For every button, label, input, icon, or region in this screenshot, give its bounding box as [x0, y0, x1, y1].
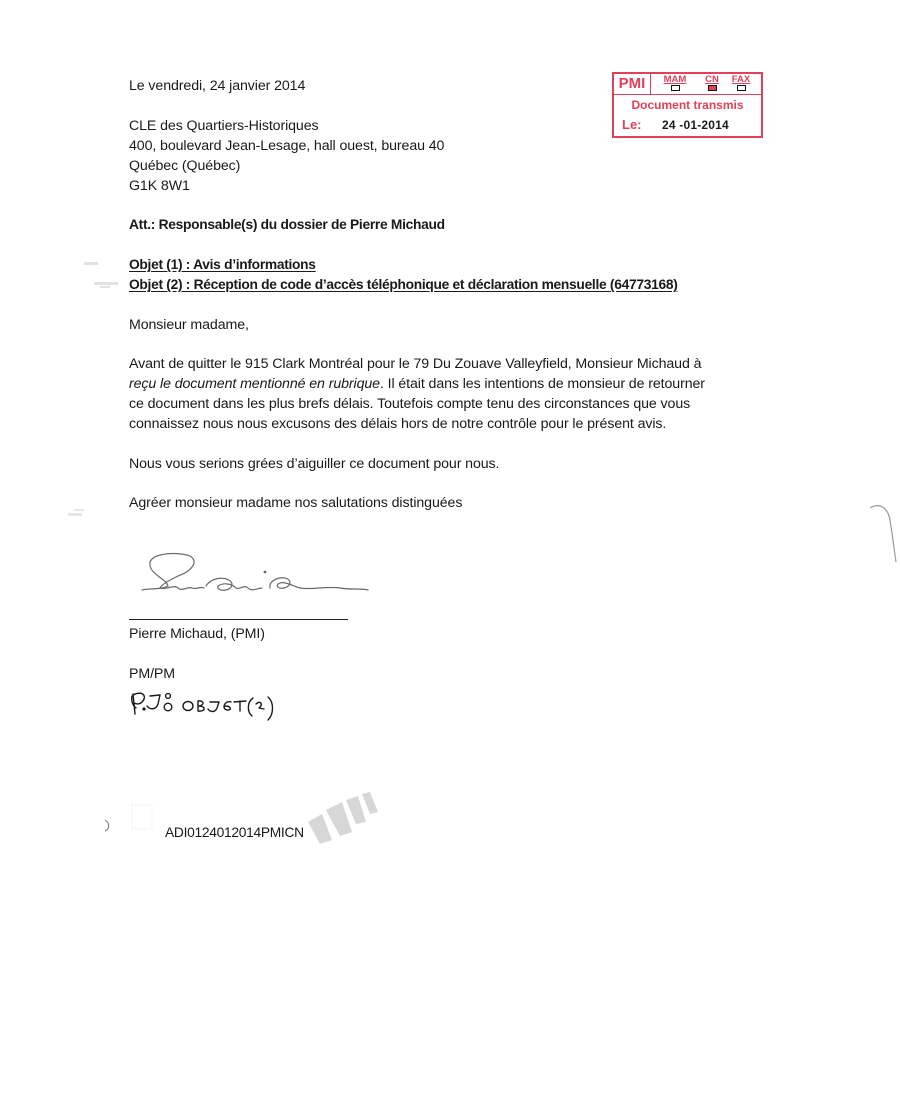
stamp-option-fax: FAX	[728, 74, 754, 91]
handwritten-signature	[140, 548, 370, 608]
received-stamp: PMI MAM CN FAX Document transmis Le: 24 …	[612, 72, 763, 138]
subject-2: Objet (2) : Réception de code d’accès té…	[129, 275, 677, 295]
checkbox-icon	[671, 85, 680, 91]
body-line: connaissez nous nous excusons des délais…	[129, 414, 666, 434]
body-paragraph-2: Nous vous serions grées d’aiguiller ce d…	[129, 454, 499, 474]
scan-noise-icon	[64, 495, 94, 525]
scan-artifact-icon	[130, 803, 156, 833]
attention-line: Att.: Responsable(s) du dossier de Pierr…	[129, 215, 445, 235]
signature-line	[129, 619, 348, 620]
scan-edge-mark-icon	[862, 498, 898, 568]
closing: Agréer monsieur madame nos salutations d…	[129, 493, 462, 513]
recipient-city: Québec (Québec)	[129, 156, 240, 176]
checked-checkbox-icon	[708, 85, 717, 91]
body-line: reçu le document mentionné en rubrique. …	[129, 374, 705, 394]
recipient-postal-code: G1K 8W1	[129, 176, 190, 196]
recipient-street: 400, boulevard Jean-Lesage, hall ouest, …	[129, 136, 444, 156]
body-line: ce document dans les plus brefs délais. …	[129, 394, 690, 414]
initials: PM/PM	[129, 664, 175, 684]
recipient-name: CLE des Quartiers-Historiques	[129, 116, 319, 136]
stamp-initials: PMI	[614, 74, 651, 94]
stamp-option-label: FAX	[732, 74, 750, 85]
checkbox-icon	[737, 85, 746, 91]
subject-1: Objet (1) : Avis d’informations	[129, 255, 316, 275]
stamp-option-label: CN	[705, 74, 719, 85]
stamp-date-value: 24 -01-2014	[662, 117, 729, 133]
letter-page: PMI MAM CN FAX Document transmis Le: 24 …	[0, 0, 900, 1100]
stamp-option-label: MAM	[664, 74, 687, 85]
signer-name: Pierre Michaud, (PMI)	[129, 624, 265, 644]
salutation: Monsieur madame,	[129, 315, 249, 335]
scan-smudge-icon	[300, 788, 390, 848]
body-italic-text: reçu le document mentionné en rubrique	[129, 376, 380, 392]
reference-code: ADI0124012014PMICN	[165, 823, 304, 843]
stamp-header-row: PMI MAM CN FAX	[614, 74, 761, 95]
stamp-date-label: Le:	[622, 117, 642, 133]
scan-noise-icon	[70, 260, 120, 300]
stamp-option-mam: MAM	[660, 74, 690, 91]
handwritten-note: P.S° OBJET (2)	[128, 688, 328, 730]
stamp-option-cn: CN	[701, 74, 723, 91]
letter-date: Le vendredi, 24 janvier 2014	[129, 76, 305, 96]
stamp-title: Document transmis	[614, 97, 761, 113]
body-line: Avant de quitter le 915 Clark Montréal p…	[129, 354, 701, 374]
body-text: . Il était dans les intentions de monsie…	[380, 376, 705, 392]
scan-mark-icon	[102, 818, 114, 834]
